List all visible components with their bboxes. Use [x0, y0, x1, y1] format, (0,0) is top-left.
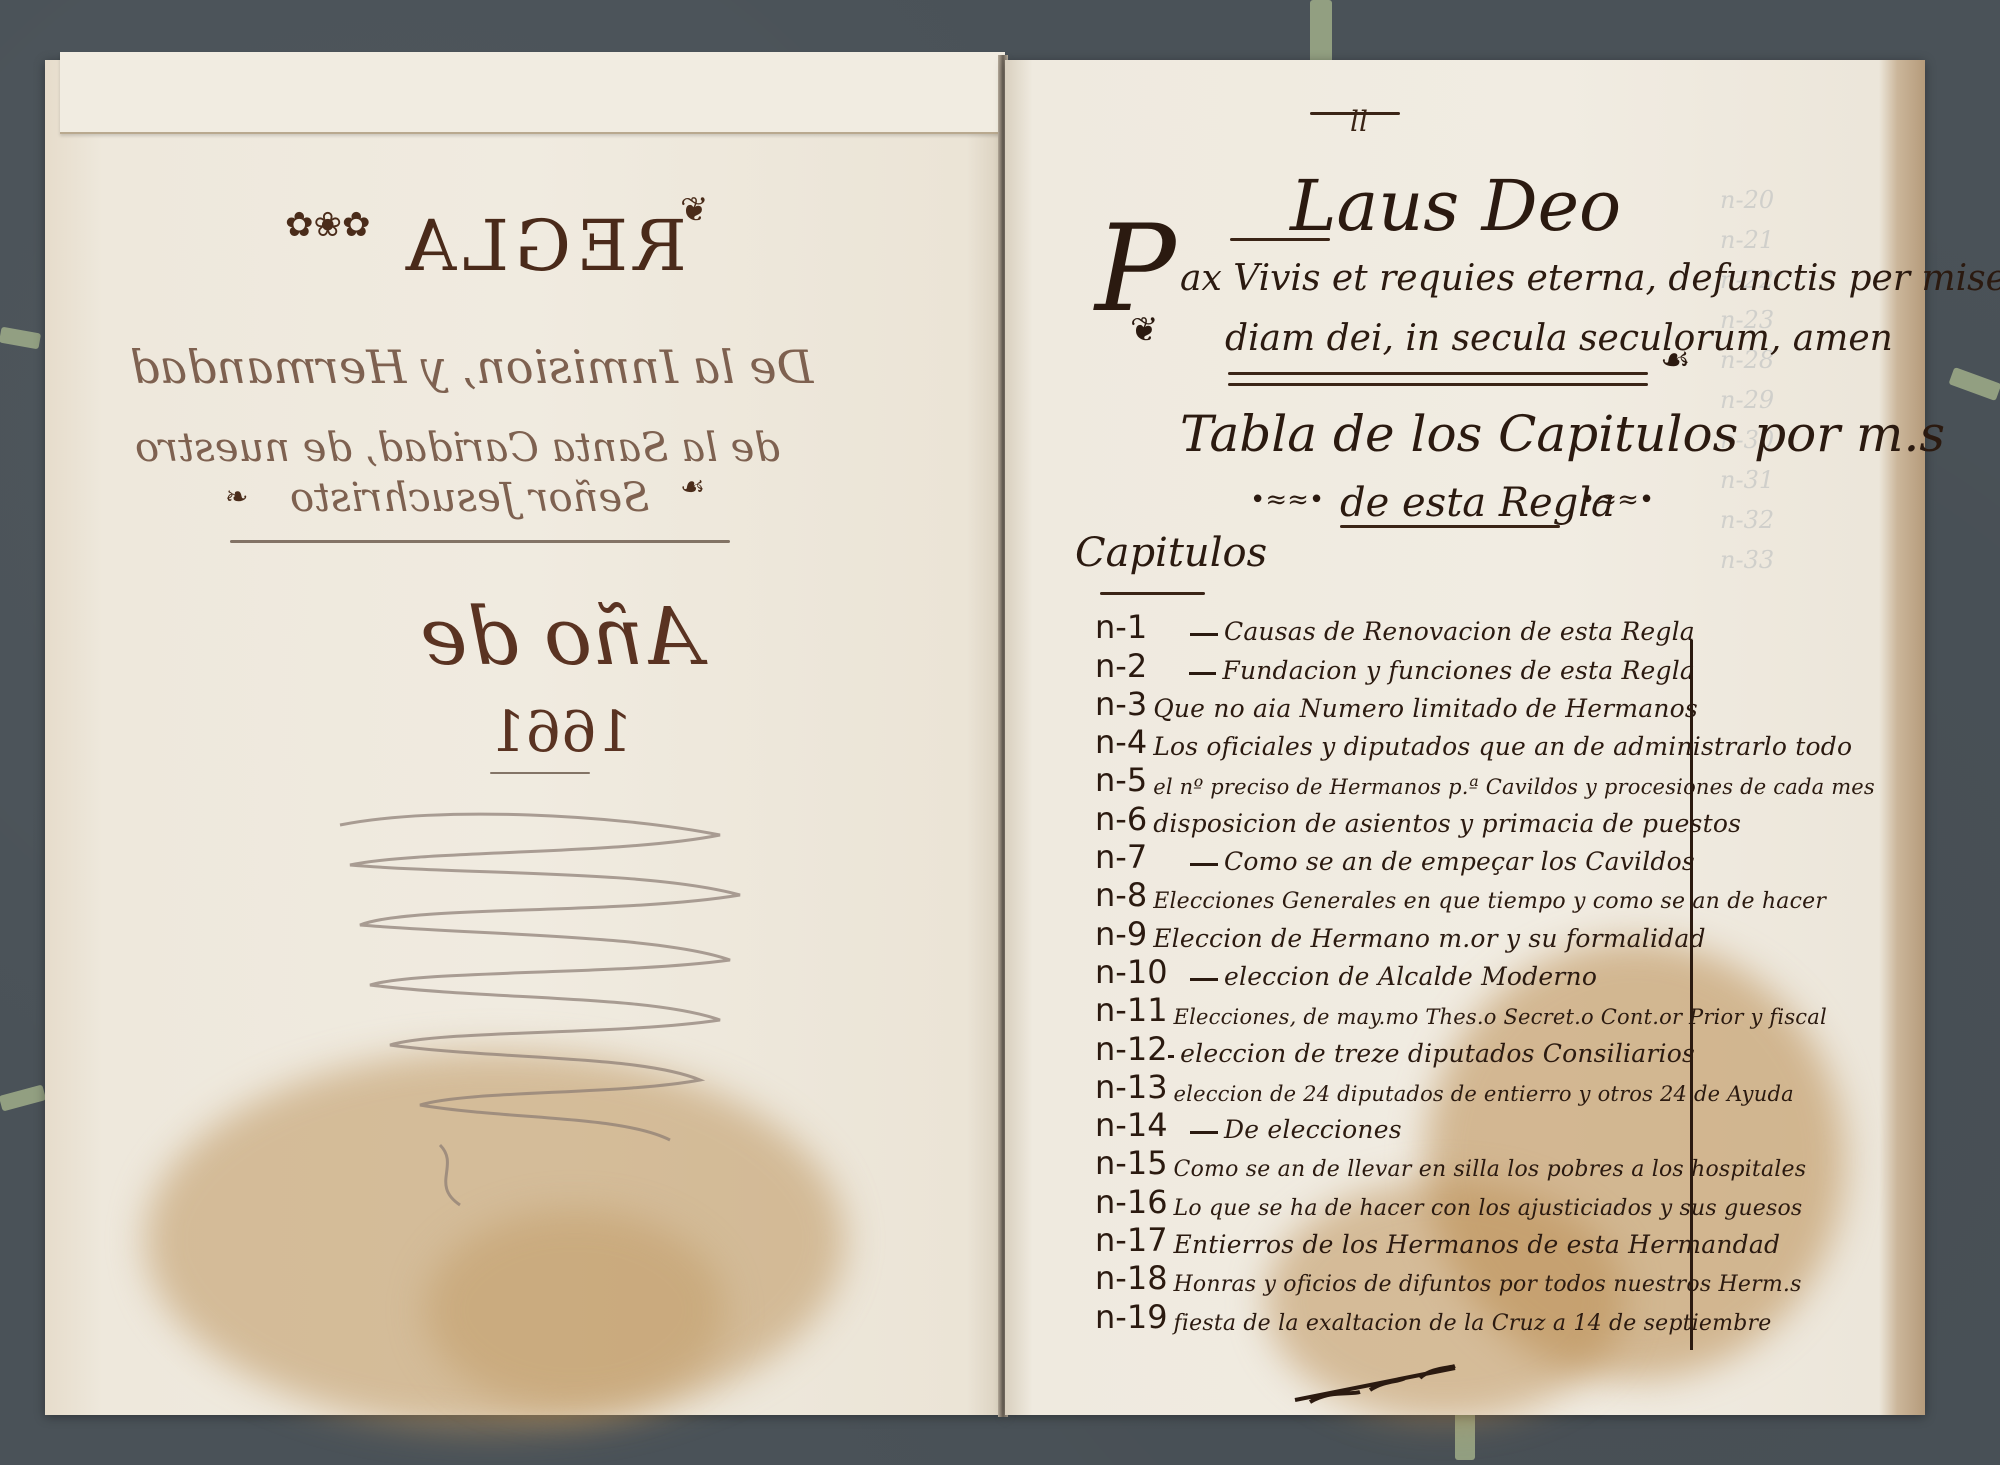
- chapter-row: n-13eleccion de 24 diputados de entierro…: [1095, 1068, 1695, 1106]
- ornament-flourish: ❦: [1130, 310, 1159, 350]
- water-stain: [425, 1210, 725, 1410]
- chapter-list: n-1Causas de Renovacion de esta Regla n-…: [1095, 608, 1695, 1336]
- table-title: Tabla de los Capitulos por m.s: [1180, 405, 1945, 463]
- chapter-row: n-8Elecciones Generales en que tiempo y …: [1095, 876, 1695, 914]
- chapter-row: n-18Honras y oficios de difuntos por tod…: [1095, 1259, 1695, 1297]
- mirrored-title: REGLA: [400, 205, 687, 287]
- chapter-row: n-10eleccion de Alcalde Moderno: [1095, 953, 1695, 991]
- margin-bracket-line: [1690, 640, 1693, 1350]
- dash: [1190, 863, 1218, 866]
- title-underline: [230, 540, 730, 543]
- mirrored-year: 1661: [490, 700, 633, 765]
- invocation-line-2: diam dei, in secula seculorum, amen: [1225, 318, 1893, 359]
- heading-underline: [1230, 238, 1330, 241]
- closing-flourish: [1290, 1360, 1490, 1405]
- chapter-row: n-12eleccion de treze diputados Consilia…: [1095, 1029, 1695, 1067]
- folded-paper-edge: [60, 52, 1005, 134]
- chapter-row: n-19fiesta de la exaltacion de la Cruz a…: [1095, 1297, 1695, 1335]
- dash: [1190, 978, 1218, 981]
- invocation-underline: [1228, 372, 1648, 375]
- bleed-through-text: n-20n-21n-22n-23n-28n-29n-30n-31n-32n-33: [1720, 180, 1774, 580]
- chapter-row: n-1Causas de Renovacion de esta Regla: [1095, 608, 1695, 646]
- ornament-flourish: •≈≈•: [1250, 485, 1324, 515]
- chapter-row: n-11Elecciones, de may.mo Thes.o Secret.…: [1095, 991, 1695, 1029]
- mirrored-line-3: Señor Jesuchristo: [290, 475, 650, 521]
- chapter-row: n-2Fundacion y funciones de esta Regla: [1095, 646, 1695, 684]
- chapter-row: n-6disposicion de asientos y primacia de…: [1095, 799, 1695, 837]
- year-underline: [490, 772, 590, 774]
- ornament-flourish: ☙: [1660, 340, 1690, 380]
- table-title-underline: [1340, 525, 1560, 528]
- dash: [1190, 633, 1218, 636]
- chapter-row: n-9Eleccion de Hermano m.or y su formali…: [1095, 914, 1695, 952]
- chapter-row: n-15Como se an de llevar en silla los po…: [1095, 1144, 1695, 1182]
- dash: [1189, 672, 1217, 675]
- column-header: Capitulos: [1075, 530, 1267, 576]
- folio-mark: ll: [1350, 105, 1368, 138]
- invocation-underline: [1228, 383, 1648, 386]
- chapter-row: n-3Que no aia Numero limitado de Hermano…: [1095, 685, 1695, 723]
- chapter-row: n-16Lo que se ha de hacer con los ajusti…: [1095, 1182, 1695, 1220]
- column-header-underline: [1100, 592, 1205, 595]
- chapter-row: n-17Entierros de los Hermanos de esta He…: [1095, 1221, 1695, 1259]
- ornament-flourish: ✿❀✿: [285, 205, 370, 245]
- chapter-row: n-4Los oficiales y diputados que an de a…: [1095, 723, 1695, 761]
- ornament-flourish: •≈≈•: [1580, 485, 1654, 515]
- ornament-flourish: ❧: [225, 480, 248, 513]
- pen-scribble: [320, 805, 780, 1225]
- mirrored-line-1: De la Inmision, y Hermandad: [130, 340, 813, 394]
- mirrored-ano-label: Año de: [420, 590, 701, 683]
- mirrored-line-2: de la Santa Caridad, de nuestro: [135, 425, 780, 471]
- table-title-line-2: de esta Regla: [1340, 480, 1615, 526]
- dash: [1168, 1055, 1175, 1058]
- chapter-row: n-7Como se an de empeçar los Cavildos: [1095, 838, 1695, 876]
- ornament-flourish: ☙: [680, 470, 705, 503]
- invocation-line-1: ax Vivis et requies eterna, defunctis pe…: [1180, 258, 2000, 299]
- page-heading: Laus Deo: [1290, 165, 1621, 247]
- dash: [1190, 1131, 1218, 1134]
- chapter-row: n-5el nº preciso de Hermanos p.ª Cavildo…: [1095, 761, 1695, 799]
- chapter-row: n-14De elecciones: [1095, 1106, 1695, 1144]
- heading-overline: [1310, 112, 1400, 115]
